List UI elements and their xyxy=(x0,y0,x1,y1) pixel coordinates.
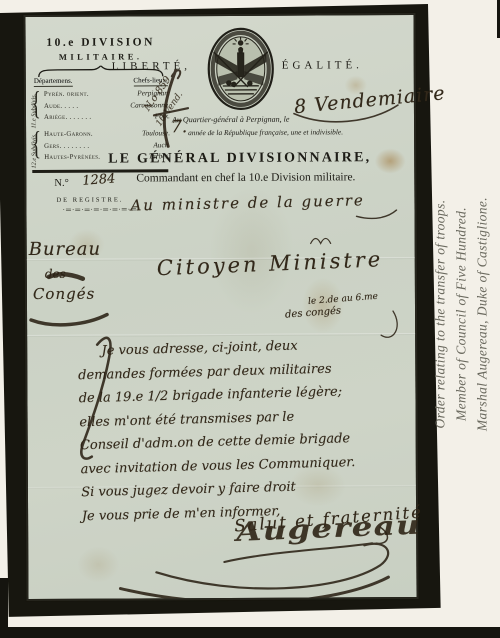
year-line: année de la République française, une et… xyxy=(188,127,343,137)
signature-flourish-2 xyxy=(120,577,388,599)
photograph: 10.e DIVISION MILITAIRE. Départemens. Ch… xyxy=(0,0,500,638)
republic-vignette-emblem xyxy=(206,27,276,111)
annotation-line: Marshal Augereau, Duke of Castiglione. xyxy=(472,116,493,512)
photo-edge-left xyxy=(0,578,8,630)
subdivision-11-label: 11.e Subdivis. xyxy=(30,88,37,128)
annotation-line: Order relating to the transfer of troops… xyxy=(430,116,451,512)
register-caption: DE REGISTRE. xyxy=(56,197,123,204)
place-date-line: Au Quartier-général à Perpignan, le xyxy=(172,115,289,125)
signature-flourish-1 xyxy=(156,544,388,589)
general-subtitle: Commandant en chef la 10.e Division mili… xyxy=(136,171,355,184)
register-number-label: N.° xyxy=(54,178,68,189)
departement: Haute-Garonn. xyxy=(44,131,93,138)
bureau-annotation-2: des congés xyxy=(285,305,342,320)
salutation: Citoyen Ministre xyxy=(156,247,383,280)
photo-edge-bottom xyxy=(0,627,500,638)
table-row: Gers. . . . . . . . Auch. xyxy=(44,140,170,152)
signature-augereau: Augereau xyxy=(236,511,422,548)
addressee-swash xyxy=(356,210,396,218)
ministre-mark xyxy=(311,238,331,243)
division-register-block: 10.e DIVISION MILITAIRE. Départemens. Ch… xyxy=(30,36,172,37)
departement: Aude. . . . . xyxy=(44,102,78,109)
letter-sheet: 10.e DIVISION MILITAIRE. Départemens. Ch… xyxy=(23,13,418,601)
division-title: 10.e DIVISION xyxy=(30,36,172,49)
annotation-line: Member of Council of Five Hundred. xyxy=(451,116,472,512)
table-row: Haute-Garonn. Toulouse. xyxy=(44,128,170,140)
chef-lieu: Toulouse. xyxy=(142,128,170,137)
chef-lieu: Auch. xyxy=(153,140,170,149)
handwritten-year: 7. xyxy=(171,117,187,137)
liberte-motto: LIBERTÉ, xyxy=(112,60,191,72)
dealer-annotation-text: Marshal Augereau, Duke of Castiglione. M… xyxy=(430,116,493,512)
register-number-handwritten: 1284 xyxy=(82,171,116,188)
egalite-motto: ÉGALITÉ. xyxy=(282,59,363,71)
general-title: LE GÉNÉRAL DIVISIONNAIRE, xyxy=(108,150,371,167)
bureau-word: Bureau xyxy=(29,239,102,260)
conges-word: Congés xyxy=(33,285,95,303)
table-row: Ariège. . . . . . . Foix. xyxy=(44,111,170,123)
conges-underline xyxy=(31,315,107,325)
departement: Pyrén. orient. xyxy=(44,91,89,98)
letter-body: Je vous adresse, ci-joint, deux demandes… xyxy=(77,331,418,528)
subdivision-12-label: 12.e Subdivis. xyxy=(31,128,38,168)
departement: Hautes-Pyrénées. xyxy=(44,154,100,161)
handwritten-addressee: Au ministre de la guerre xyxy=(130,191,365,214)
bureau-annotation-1: le 2.de au 6.me xyxy=(308,292,379,307)
des-word: des xyxy=(45,267,66,281)
table-header: Départemens. Chefs-lieux. xyxy=(34,76,168,87)
departement: Ariège. . . . . . . xyxy=(44,114,91,121)
dealer-annotation: Marshal Augereau, Duke of Castiglione. M… xyxy=(418,118,500,510)
departement: Gers. . . . . . . . xyxy=(44,142,89,149)
